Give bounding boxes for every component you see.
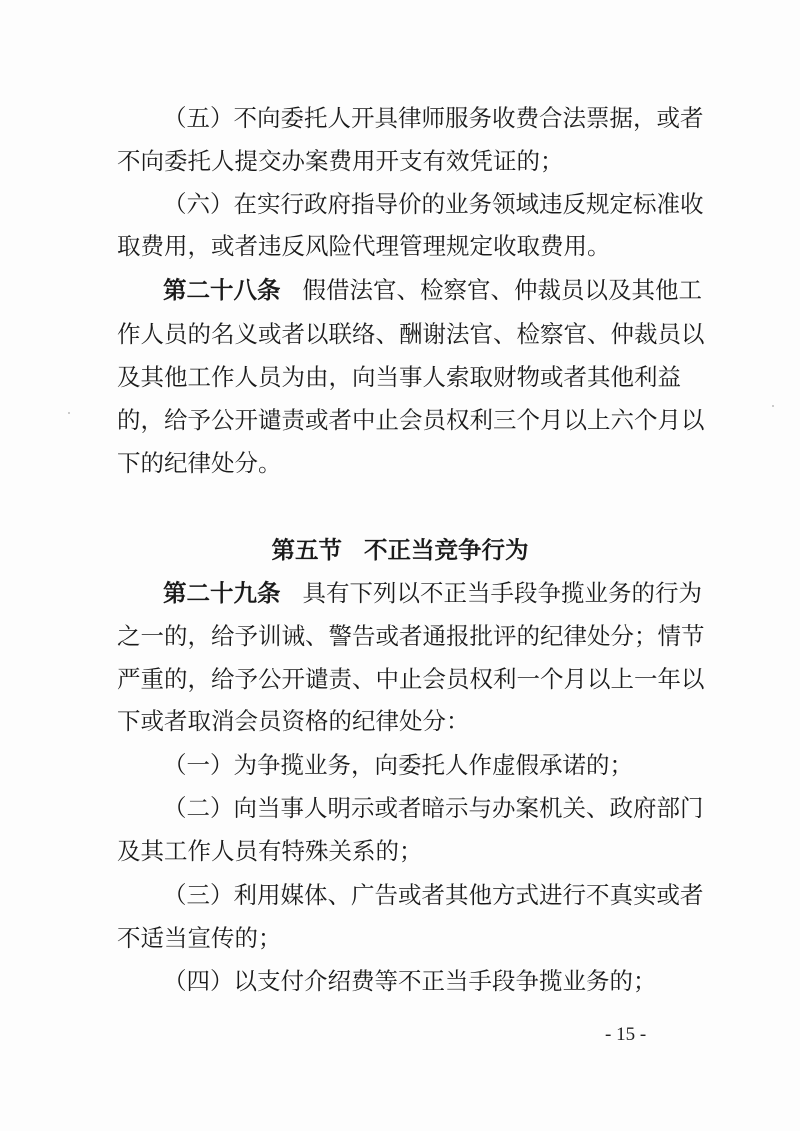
article-28-number: 第二十八条 (163, 276, 281, 304)
article-29-text-start: 具有下列以不正当手段争揽业务的行为 (303, 579, 703, 607)
item-5-line-2: 不向委托人提交办案费用开支有效凭证的； (117, 146, 670, 176)
article-28-text-start: 假借法官、检察官、仲裁员以及其他工 (303, 276, 703, 304)
scan-speck (68, 412, 70, 414)
item-4-line-1: （四）以支付介绍费等不正当手段争揽业务的； (163, 966, 670, 996)
section-title: 不正当竞争行为 (364, 536, 529, 564)
article-28-line-1: 第二十八条假借法官、检察官、仲裁员以及其他工 (163, 275, 670, 305)
article-28-line-4: 的，给予公开谴责或者中止会员权利三个月以上六个月以 (117, 405, 670, 435)
article-28-line-3: 及其他工作人员为由，向当事人索取财物或者其他利益 (117, 362, 670, 392)
section-heading: 第五节不正当竞争行为 (0, 535, 800, 565)
item-6-line-2: 取费用，或者违反风险代理管理规定收取费用。 (117, 231, 670, 261)
article-29-line-3: 严重的，给予公开谴责、中止会员权利一个月以上一年以 (117, 664, 670, 694)
article-29-line-2: 之一的，给予训诫、警告或者通报批评的纪律处分；情节 (117, 621, 670, 651)
item-1-line-1: （一）为争揽业务，向委托人作虚假承诺的； (163, 750, 670, 780)
item-2-line-2: 及其工作人员有特殊关系的； (117, 836, 670, 866)
section-number: 第五节 (272, 536, 343, 564)
article-29-line-4: 下或者取消会员资格的纪律处分： (117, 706, 670, 736)
article-29-number: 第二十九条 (163, 579, 281, 607)
item-5-line-1: （五）不向委托人开具律师服务收费合法票据，或者 (163, 103, 670, 133)
article-28-line-2: 作人员的名义或者以联络、酬谢法官、检察官、仲裁员以 (117, 319, 670, 349)
article-29-line-1: 第二十九条具有下列以不正当手段争揽业务的行为 (163, 578, 670, 608)
item-3-line-1: （三）利用媒体、广告或者其他方式进行不真实或者 (163, 880, 670, 910)
document-page: （五）不向委托人开具律师服务收费合法票据，或者 不向委托人提交办案费用开支有效凭… (0, 0, 800, 1131)
item-3-line-2: 不适当宣传的； (117, 923, 670, 953)
scan-speck (772, 405, 774, 407)
item-6-line-1: （六）在实行政府指导价的业务领域违反规定标准收 (163, 189, 670, 219)
article-28-line-5: 下的纪律处分。 (117, 448, 670, 478)
item-2-line-1: （二）向当事人明示或者暗示与办案机关、政府部门 (163, 793, 670, 823)
page-number: - 15 - (605, 1023, 646, 1047)
